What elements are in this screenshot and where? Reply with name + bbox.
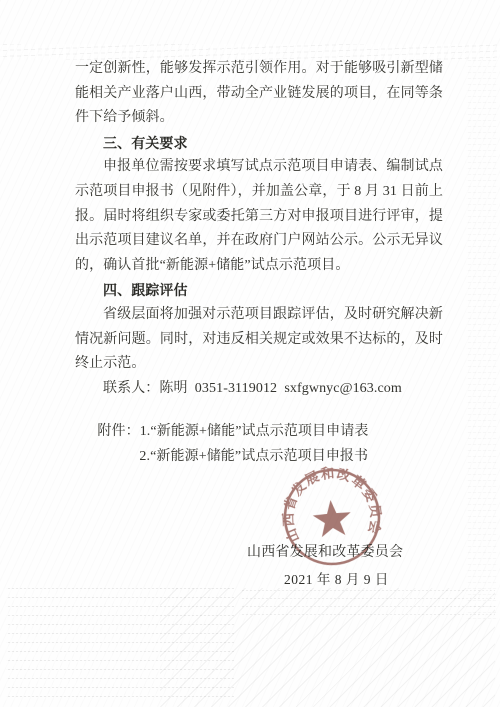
scan-noise-right — [466, 60, 498, 620]
scanned-official-document: 一定创新性，能够发挥示范引领作用。对于能够吸引新型储能相关产业落户山西，带动全产… — [0, 0, 500, 707]
issuing-agency: 山西省发展和改革委员会 — [247, 541, 403, 561]
contact-line: 联系人：陈明 0351-3119012 sxfgwnyc@163.com — [75, 377, 443, 402]
scan-noise-bottom-mid — [240, 590, 495, 618]
issue-date: 2021 年 8 月 9 日 — [284, 568, 403, 588]
seal-star-icon — [312, 498, 353, 537]
paragraph-continuation: 一定创新性，能够发挥示范引领作用。对于能够吸引新型储能相关产业落户山西，带动全产… — [75, 57, 443, 131]
paragraph-evaluation: 省级层面将加强对示范项目跟踪评估，及时研究解决新情况新问题。同时，对违反相关规定… — [75, 303, 443, 377]
attachments-label: 附件： — [97, 424, 139, 439]
section-heading-evaluation: 四、跟踪评估 — [75, 278, 443, 303]
document-body: 一定创新性，能够发挥示范引领作用。对于能够吸引新型储能相关产业落户山西，带动全产… — [75, 57, 443, 469]
paragraph-requirements: 申报单位需按要求填写试点示范项目申请表、编制试点示范项目申报书（见附件），并加盖… — [75, 155, 443, 278]
scan-noise-bottom-left — [6, 588, 234, 700]
signature-block: 山西省发展和改革委员会 2021 年 8 月 9 日 — [247, 541, 403, 588]
scan-noise-diagonal — [160, 588, 495, 707]
attachment-row-1: 附件：1.“新能源+储能”试点示范项目申请表 — [97, 419, 443, 444]
section-heading-requirements: 三、有关要求 — [75, 131, 443, 156]
attachment-item-1: 1.“新能源+储能”试点示范项目申请表 — [140, 424, 369, 439]
